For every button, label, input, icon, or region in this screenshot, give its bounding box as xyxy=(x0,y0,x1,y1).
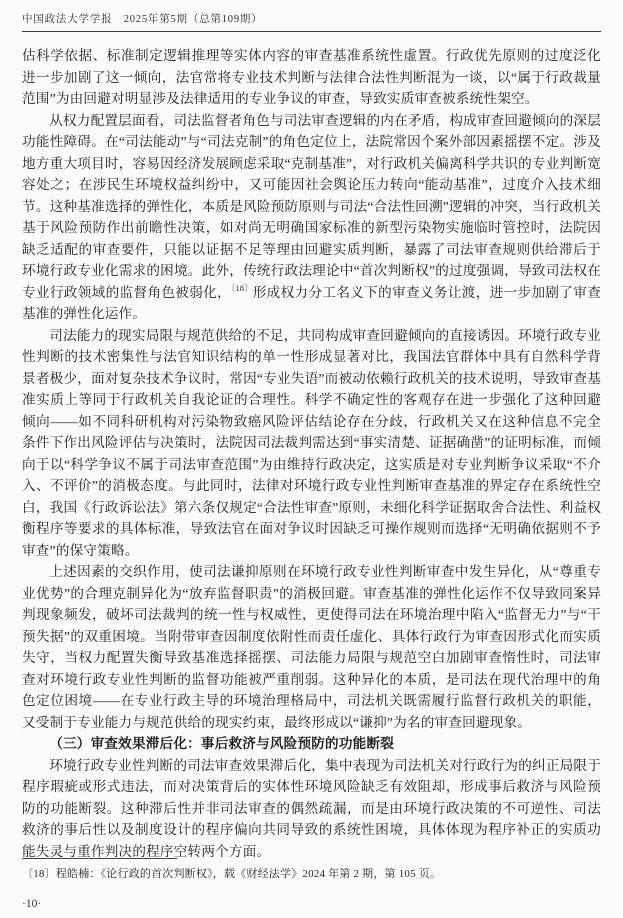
article-body: 估科学依据、标准制定逻辑推理等实体内容的审查基准系统性虚置。行政优先原则的过度泛… xyxy=(22,45,601,862)
section-heading-lag-effect: （三）审查效果滞后化：事后救济与风险预防的功能断裂 xyxy=(22,733,601,755)
journal-title-issue: 中国政法大学学报 2025年第5期（总第109期） xyxy=(22,11,601,26)
paragraph-text: 从权力配置层面看，司法监督者角色与司法审查逻辑的内在矛盾，构成审查回避倾向的深层… xyxy=(22,113,601,300)
footnote-area: 〔18〕程皓楠：《论行政的首次判断权》，载《财经法学》2024 年第 2 期，第… xyxy=(22,858,601,910)
paragraph-restraint-alienation: 上述因素的交织作用，使司法谦抑原则在环境行政专业性判断审查中发生异化，从“尊重专… xyxy=(22,561,601,733)
paragraph-continuation: 估科学依据、标准制定逻辑推理等实体内容的审查基准系统性虚置。行政优先原则的过度泛… xyxy=(22,45,601,110)
footnote-ref-18: 〔18〕 xyxy=(231,283,253,293)
footnote-text: 程皓楠：《论行政的首次判断权》，载《财经法学》2024 年第 2 期，第 105… xyxy=(56,868,441,880)
paragraph-lag-effect: 环境行政专业性判断的司法审查效果滞后化，集中表现为司法机关对行政行为的纠正局限于… xyxy=(22,755,601,863)
footnote-marker: 〔18〕 xyxy=(22,868,56,880)
page-number: ·10· xyxy=(22,898,601,910)
header-rule xyxy=(22,31,601,32)
journal-page: 中国政法大学学报 2025年第5期（总第109期） 估科学依据、标准制定逻辑推理… xyxy=(0,0,623,918)
footnote-divider xyxy=(22,858,177,859)
paragraph-judicial-capacity: 司法能力的现实局限与规范供给的不足，共同构成审查回避倾向的直接诱因。环境行政专业… xyxy=(22,325,601,562)
footnote-18: 〔18〕程皓楠：《论行政的首次判断权》，载《财经法学》2024 年第 2 期，第… xyxy=(22,866,601,882)
paragraph-power-allocation: 从权力配置层面看，司法监督者角色与司法审查逻辑的内在矛盾，构成审查回避倾向的深层… xyxy=(22,110,601,325)
page-header: 中国政法大学学报 2025年第5期（总第109期） xyxy=(22,0,601,32)
